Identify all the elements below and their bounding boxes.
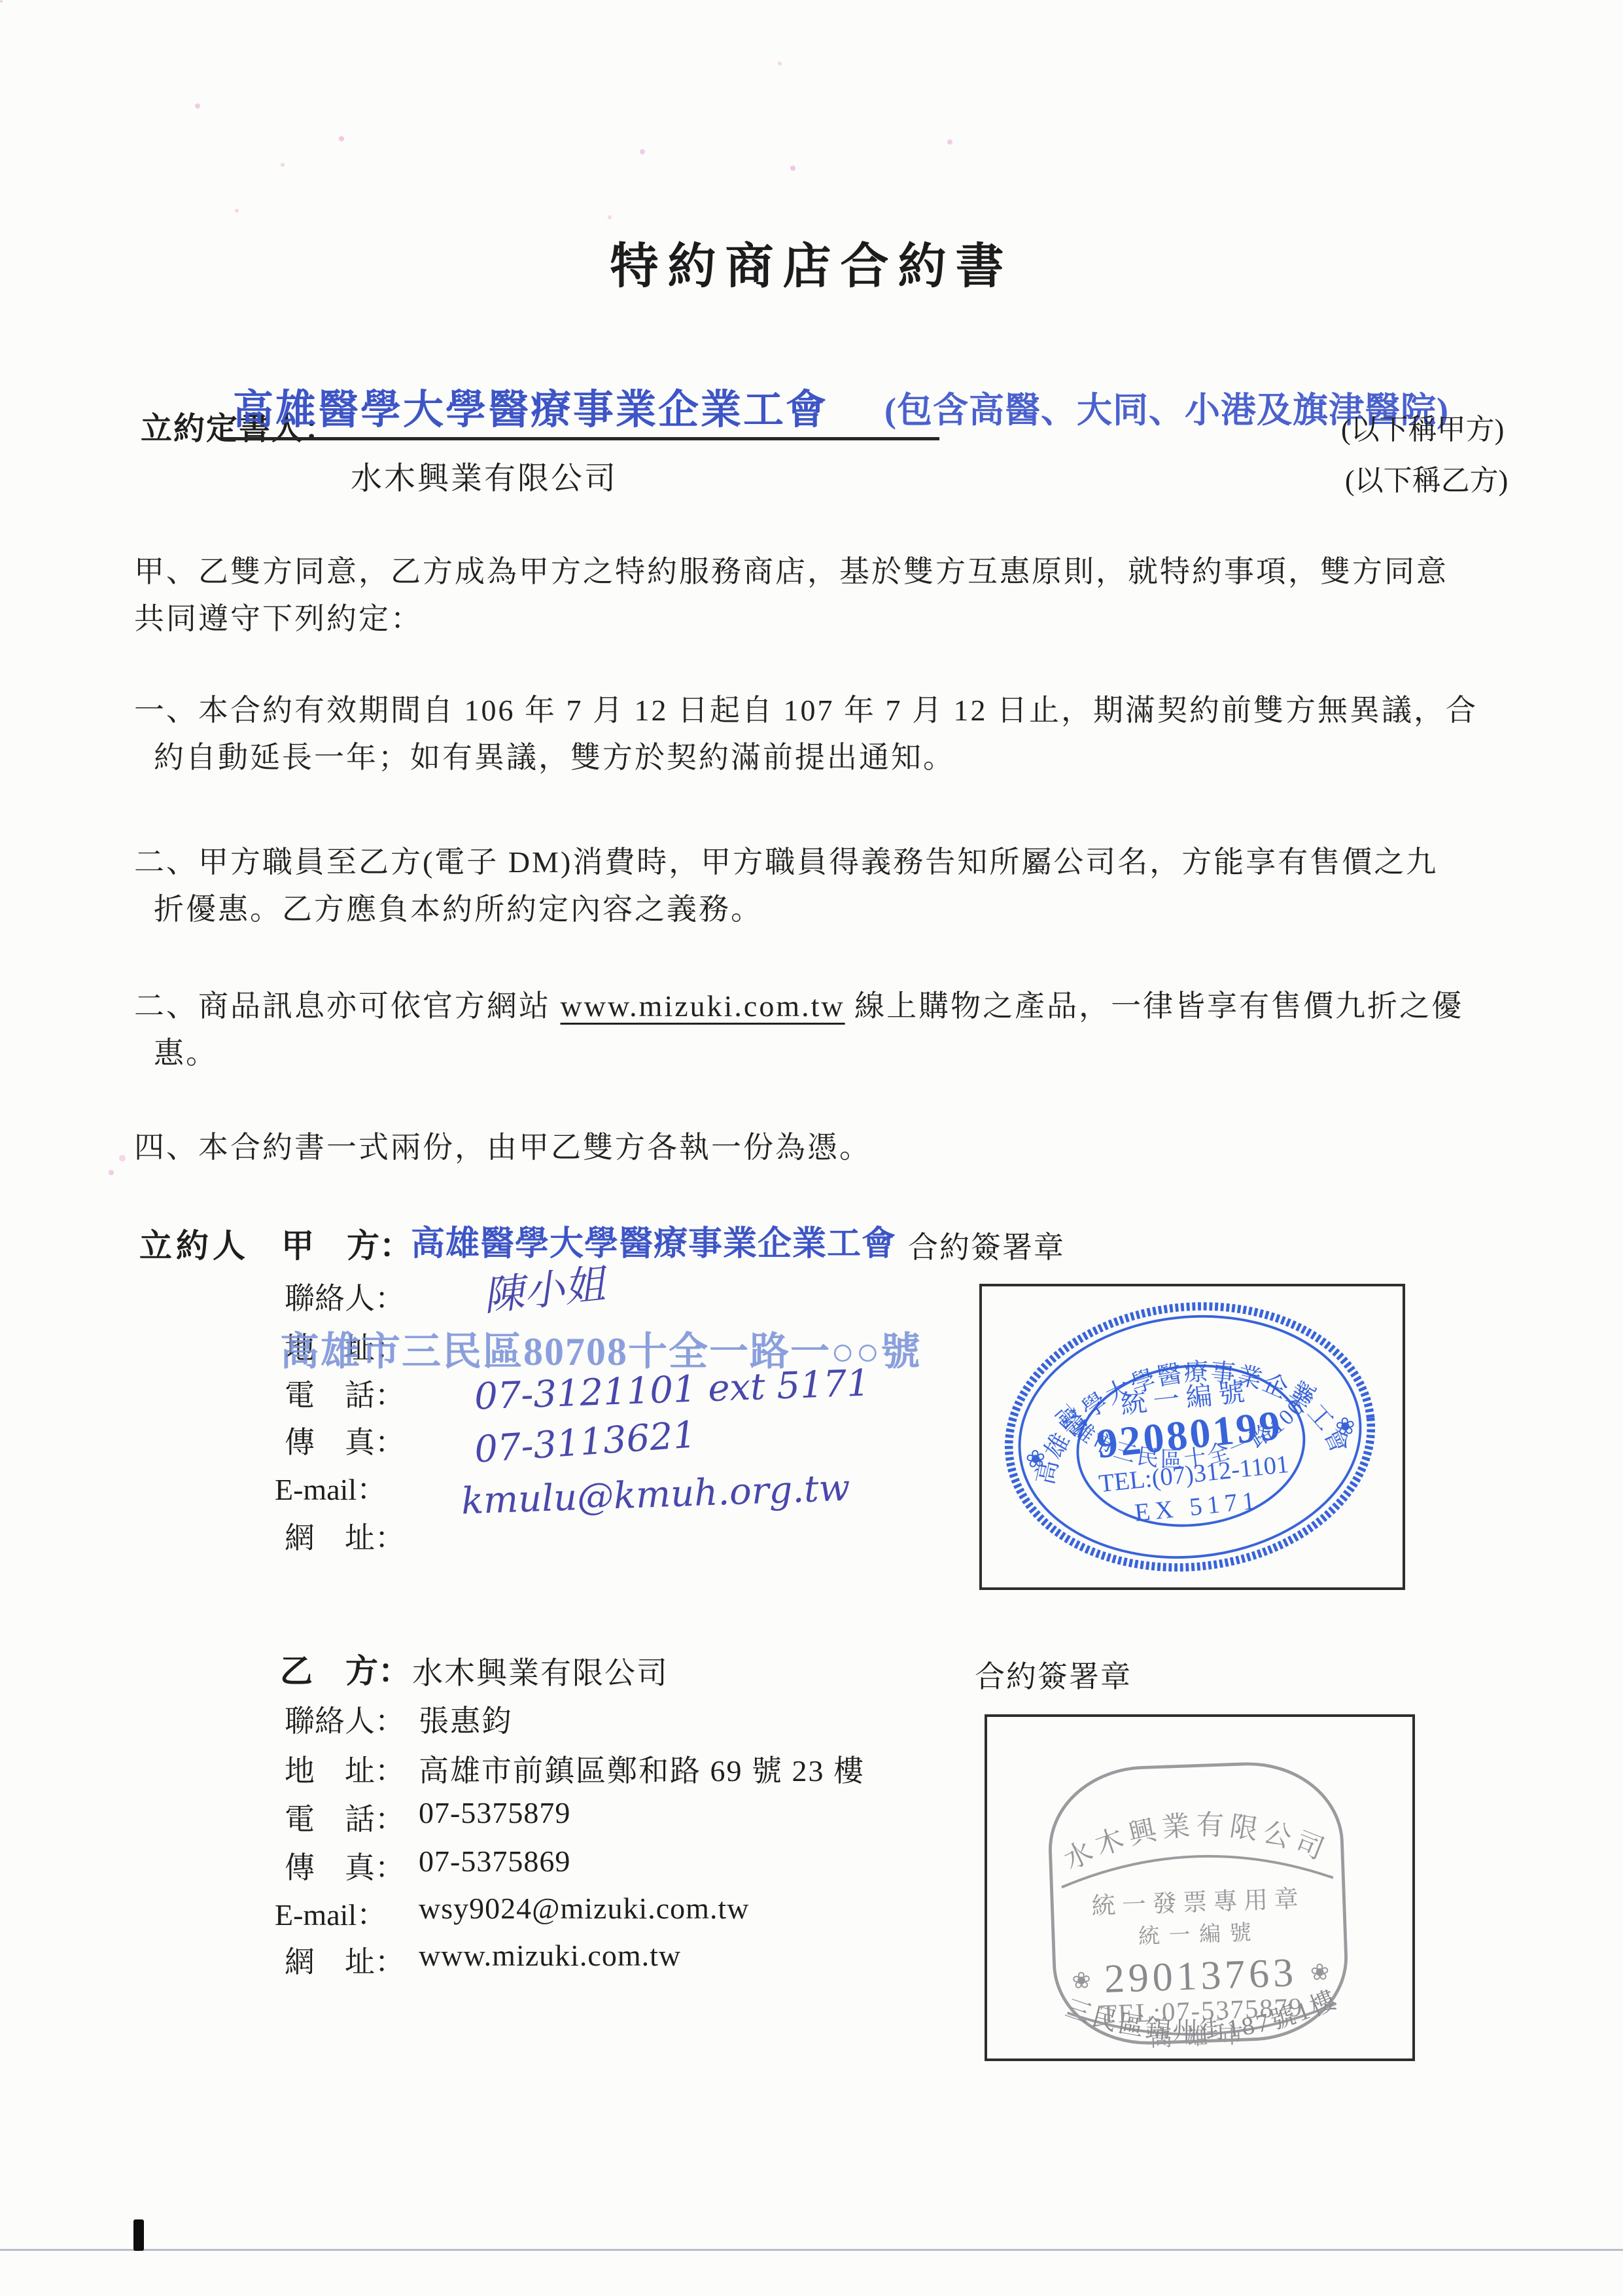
seal-a-ext: EX 5171: [1134, 1487, 1261, 1527]
intro-line-1: 甲、乙雙方同意，乙方成為甲方之特約服務商店，基於雙方互惠原則，就特約事項，雙方同…: [134, 548, 1448, 595]
document-title: 特約商店合約書: [0, 228, 1623, 297]
party-b-web-value: www.mizuki.com.tw: [419, 1938, 681, 1973]
clause-3-line-2: 惠。: [154, 1030, 1463, 1077]
scanned-contract-page: 特約商店合約書 立約定書人： 高雄醫學大學醫療事業企業工會 (包含高醫、大同、小…: [0, 0, 1623, 2296]
signatory-label: 立約人: [139, 1220, 249, 1267]
party-b-address-value: 高雄市前鎮區鄭和路 69 號 23 樓: [419, 1747, 865, 1790]
intro-line-2: 共同遵守下列約定：: [134, 595, 1448, 643]
seal-a-flower-right-icon: ❀: [1334, 1412, 1357, 1441]
clause-4-line-1: 四、本合約書一式兩份，由甲乙雙方各執一份為憑。: [134, 1124, 871, 1171]
party-b-invoice-seal: 水木興業有限公司 統一發票專用章 統一編號 ❀ ❀ 29013763 TEL:0…: [1007, 1729, 1389, 2058]
party-a-phone-label: 電 話：: [285, 1371, 405, 1415]
clause-4-number: 四、: [134, 1131, 198, 1164]
party-b-email-value: wsy9024@mizuki.com.tw: [419, 1891, 749, 1926]
clause-1-number: 一、: [134, 694, 198, 727]
signature-underline: [222, 437, 939, 440]
party-a-email-label: E-mail：: [275, 1466, 387, 1509]
scan-speckles: [0, 0, 3, 3]
clause-4: 四、本合約書一式兩份，由甲乙雙方各執一份為憑。: [134, 1124, 871, 1171]
party-b-fax-label: 傳 真：: [285, 1844, 405, 1887]
party-b-phone-value: 07-5375879: [419, 1795, 570, 1830]
party-b-contact-label: 聯絡人：: [285, 1697, 405, 1740]
seal-a-flower-left-icon: ❀: [1024, 1445, 1047, 1474]
scan-artifact-mark: [133, 2219, 144, 2251]
party-a-seal-caption: 合約簽署章: [908, 1224, 1065, 1267]
clause-3: 二、商品訊息亦可依官方網站 www.mizuki.com.tw 線上購物之產品，…: [134, 983, 1463, 1077]
party-a-email-handwritten: kmulu@kmuh.org.tw: [461, 1467, 851, 1523]
party-a-contact-handwritten: 陳小姐: [480, 1252, 607, 1322]
seal-b-flower-left-icon: ❀: [1072, 1968, 1092, 1994]
party-a-label: 甲 方：: [281, 1220, 412, 1267]
party-a-reference-note: (以下稱甲方): [1341, 406, 1504, 448]
party-b-phone-label: 電 話：: [285, 1795, 405, 1839]
party-b-email-label: E-mail：: [275, 1891, 387, 1934]
party-a-name-stamp-2: 高雄醫學大學醫療事業企業工會: [411, 1216, 896, 1265]
party-b-seal-caption: 合約簽署章: [975, 1653, 1132, 1696]
party-b-address-label: 地 址：: [285, 1747, 405, 1790]
intro-paragraph: 甲、乙雙方同意，乙方成為甲方之特約服務商店，基於雙方互惠原則，就特約事項，雙方同…: [134, 548, 1448, 643]
seal-b-uniform-no-label: 統一編號: [1138, 1920, 1260, 1949]
clause-1-line-2: 約自動延長一年；如有異議，雙方於契約滿前提出通知。: [154, 734, 1478, 781]
party-b-label: 乙 方：: [280, 1645, 411, 1692]
clause-2: 二、甲方職員至乙方(電子 DM)消費時，甲方職員得義務告知所屬公司名，方能享有售…: [134, 839, 1438, 933]
party-a-fax-label: 傳 真：: [285, 1419, 405, 1462]
mizuki-website-link: www.mizuki.com.tw: [561, 989, 845, 1023]
party-b-company-name: 水木興業有限公司: [412, 1649, 669, 1693]
clause-3-number: 二、: [134, 989, 198, 1023]
party-b-name: 水木興業有限公司: [351, 453, 618, 498]
party-a-union-seal: 高雄醫學大學醫療事業企業工會 高雄市三民區十全一路100號 ❀ ❀ 統一編號 9…: [978, 1278, 1401, 1595]
clause-1-line-1: 一、本合約有效期間自 106 年 7 月 12 日起自 107 年 7 月 12…: [134, 687, 1478, 734]
party-b-fax-value: 07-5375869: [419, 1844, 570, 1879]
clause-2-line-2: 折優惠。乙方應負本約所約定內容之義務。: [154, 886, 1438, 933]
clause-1: 一、本合約有效期間自 106 年 7 月 12 日起自 107 年 7 月 12…: [134, 687, 1478, 781]
scan-artifact-line: [0, 2249, 1623, 2251]
party-a-name-stamp: 高雄醫學大學醫療事業企業工會: [233, 377, 828, 435]
party-a-web-label: 網 址：: [285, 1514, 405, 1557]
seal-b-invoice-chop-label: 統一發票專用章: [1091, 1885, 1305, 1919]
party-b-contact-value: 張惠鈞: [419, 1697, 513, 1740]
clause-3-line-1: 二、商品訊息亦可依官方網站 www.mizuki.com.tw 線上購物之產品，…: [134, 983, 1463, 1030]
party-a-fax-handwritten: 07-3113621: [473, 1413, 697, 1472]
seal-b-flower-right-icon: ❀: [1310, 1959, 1330, 1985]
clause-2-line-1: 二、甲方職員至乙方(電子 DM)消費時，甲方職員得義務告知所屬公司名，方能享有售…: [134, 839, 1438, 886]
party-b-reference-note: (以下稱乙方): [1345, 457, 1508, 499]
party-a-contact-label: 聯絡人：: [285, 1275, 405, 1318]
party-b-web-label: 網 址：: [285, 1938, 405, 1981]
clause-2-number: 二、: [134, 845, 198, 879]
